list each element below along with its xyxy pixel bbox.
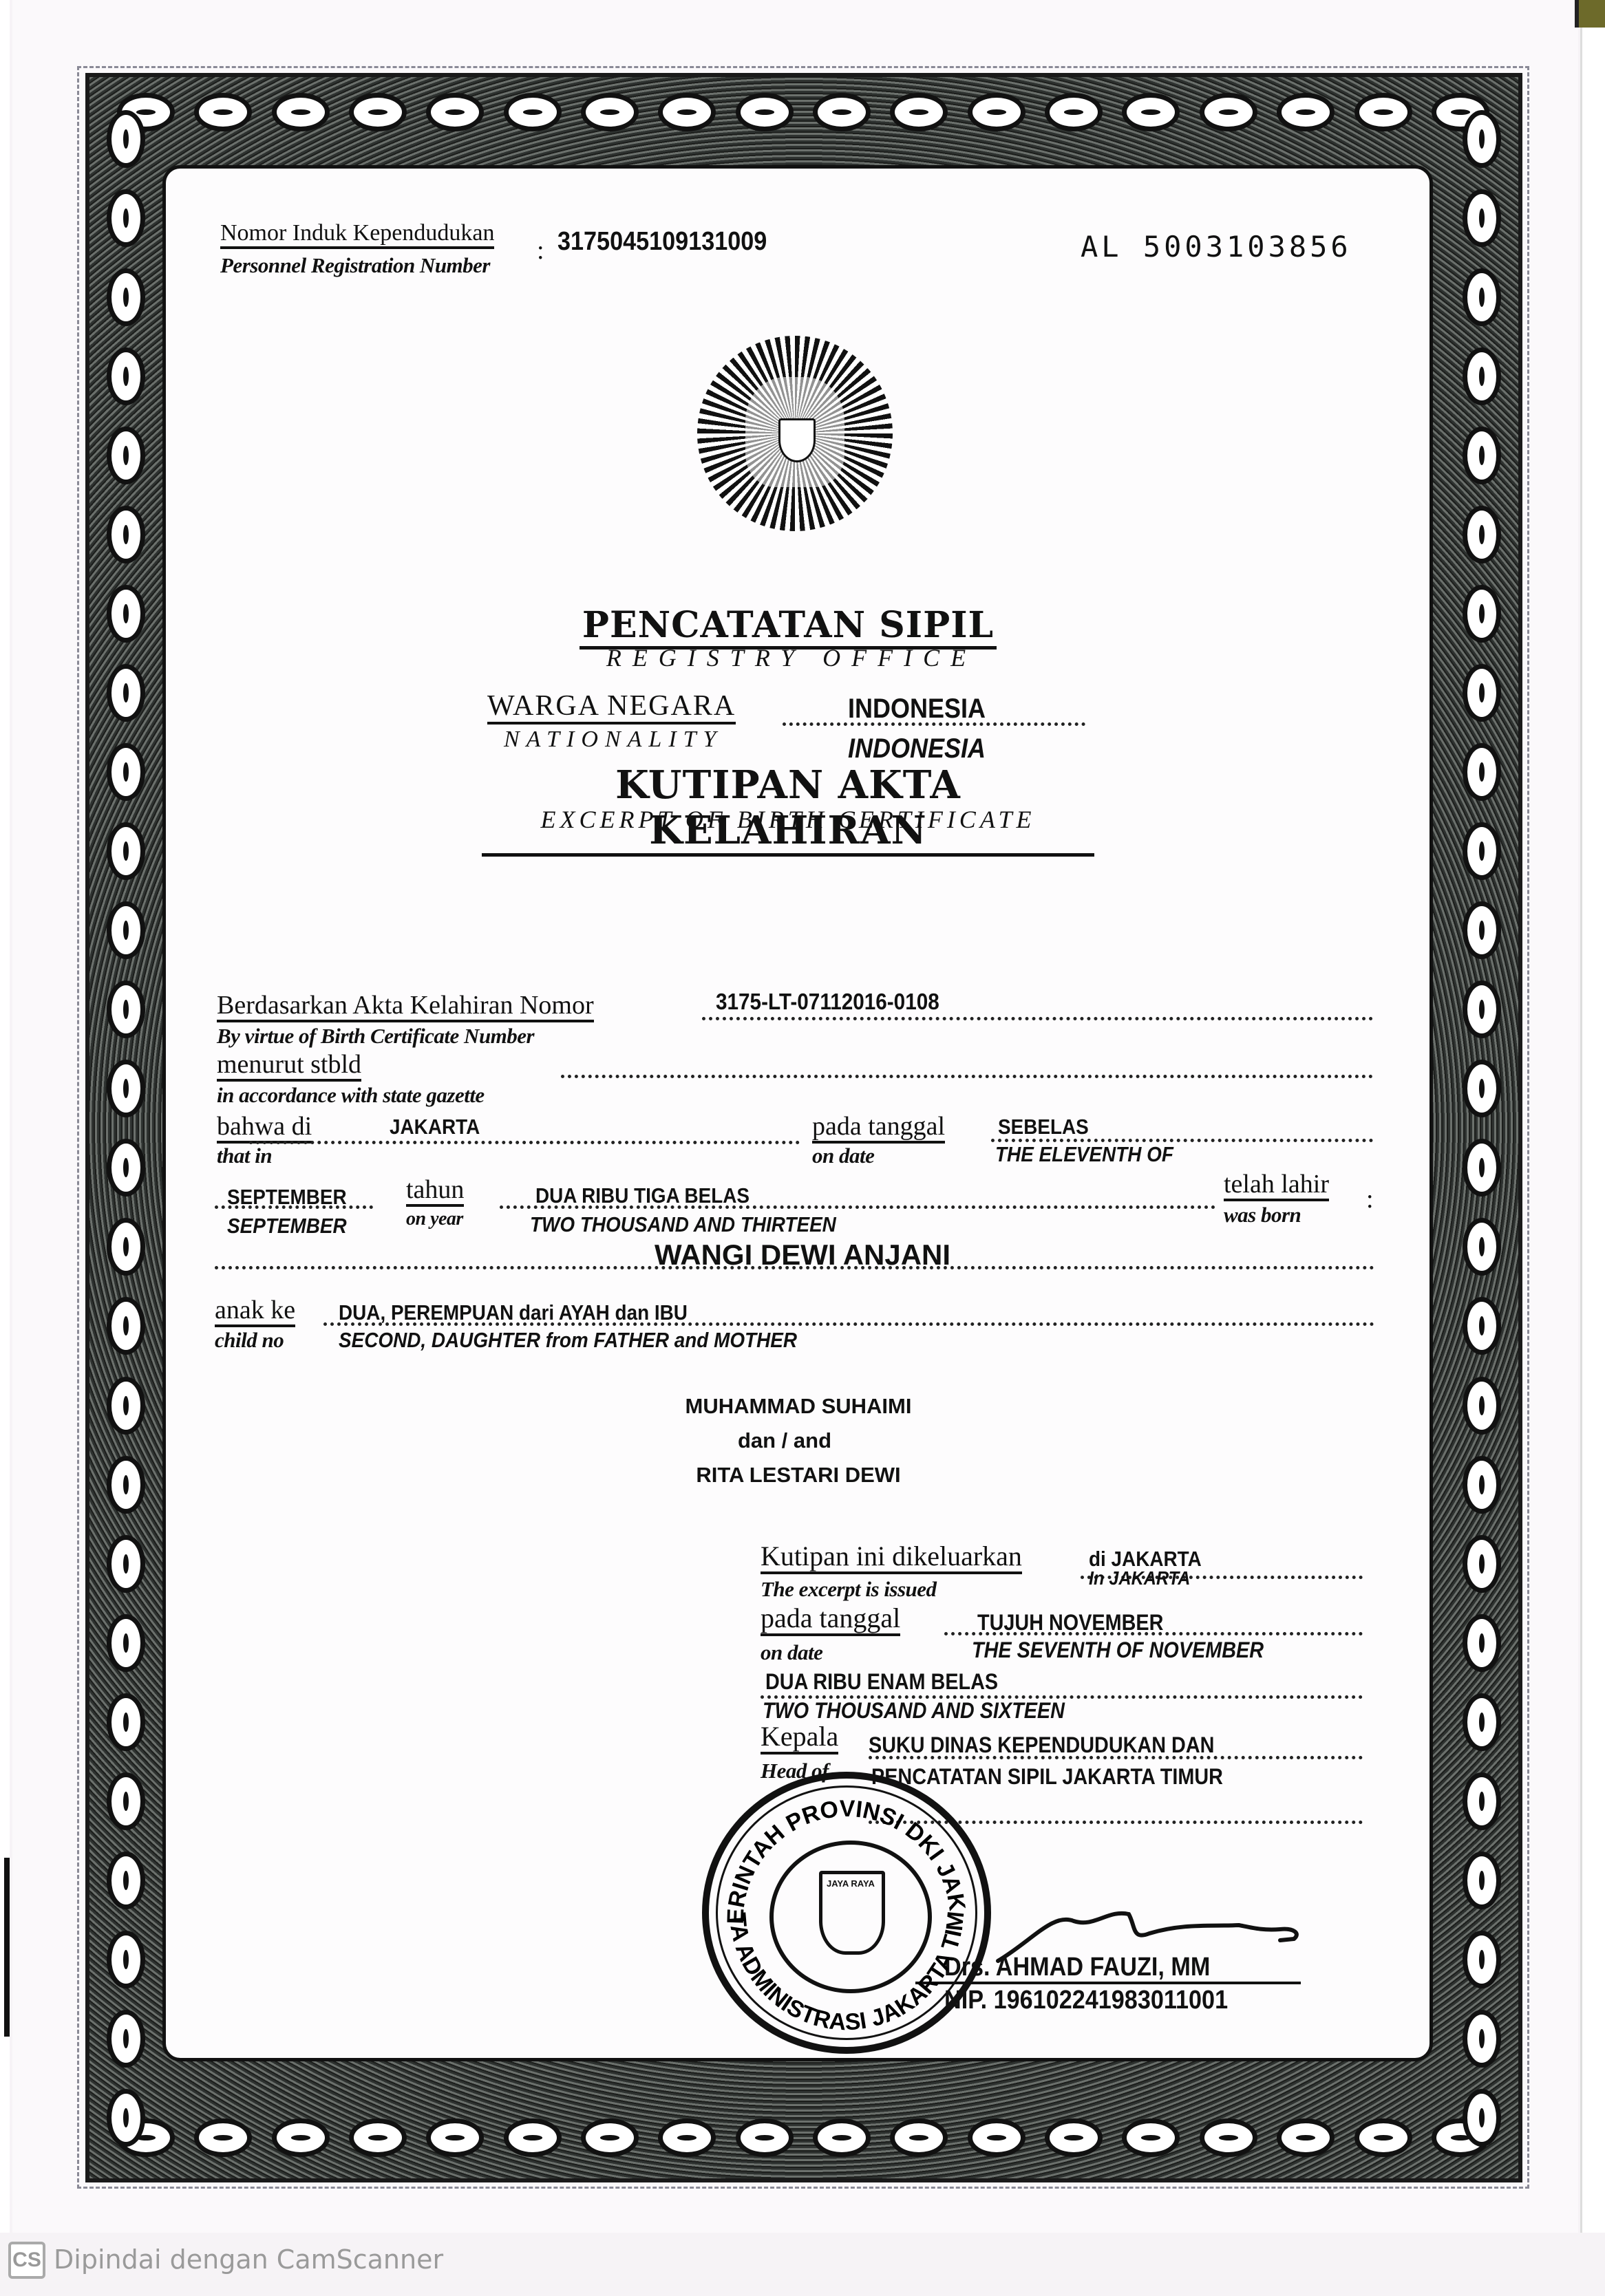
border-ornament-icon — [1463, 822, 1501, 880]
border-ornament-icon — [1463, 901, 1501, 959]
border-ornament-icon — [107, 1060, 145, 1117]
border-ornament-icon — [107, 2010, 145, 2068]
place-value: JAKARTA — [390, 1115, 480, 1139]
year-label-en: on year — [406, 1208, 463, 1230]
official-stamp: PEMERINTAH PROVINSI DKI JAKARTA KOTA ADM… — [702, 1772, 991, 2054]
nik-label-en: Personnel Registration Number — [220, 253, 490, 278]
border-ornament-icon — [107, 110, 145, 168]
border-ornament-icon — [107, 189, 145, 247]
document-title-en: EXCERPT OF BIRTH CERTIFICATE — [482, 805, 1094, 834]
border-ornament-icon — [581, 93, 639, 131]
cert-number-line — [702, 1017, 1373, 1020]
border-ornament-icon — [107, 1535, 145, 1593]
border-ornament-icon — [107, 1297, 145, 1355]
border-ornament-icon — [107, 743, 145, 801]
border-ornament-icon — [107, 347, 145, 405]
nationality-label-en: NATIONALITY — [504, 727, 723, 753]
border-ornament-icon — [504, 93, 562, 131]
head-label: Kepala — [761, 1723, 838, 1755]
border-ornament-icon — [107, 506, 145, 564]
nationality-value: INDONESIA — [848, 694, 986, 725]
border-ornament-icon — [658, 2118, 716, 2157]
cert-number-label-en: By virtue of Birth Certificate Number — [217, 1024, 534, 1049]
border-ornament-icon — [1463, 585, 1501, 643]
child-no-label-en: child no — [215, 1328, 284, 1353]
nik-value: 3175045109131009 — [557, 227, 767, 257]
camscanner-watermark: Dipindai dengan CamScanner — [54, 2244, 443, 2275]
serial-number: AL 5003103856 — [1081, 230, 1352, 264]
month-value: SEPTEMBER — [227, 1185, 347, 1210]
child-no-label: anak ke — [215, 1297, 295, 1327]
border-ornament-icon — [107, 2089, 145, 2147]
cert-number-value: 3175-LT-07112016-0108 — [716, 989, 939, 1015]
border-ornament-icon — [1463, 189, 1501, 247]
month-value-en: SEPTEMBER — [227, 1214, 347, 1238]
border-ornament-icon — [1463, 1297, 1501, 1355]
border-ornament-icon — [1463, 1139, 1501, 1197]
border-ornament-icon — [1463, 1693, 1501, 1751]
cert-number-label: Berdasarkan Akta Kelahiran Nomor — [217, 992, 594, 1022]
border-ornament-icon — [107, 268, 145, 326]
stbld-label: menurut stbld — [217, 1051, 361, 1082]
border-ornament-icon — [272, 93, 330, 131]
born-label: telah lahir — [1224, 1171, 1329, 1201]
place-line — [249, 1141, 800, 1144]
border-ornament-icon — [968, 93, 1025, 131]
border-ornament-icon — [1463, 1614, 1501, 1672]
border-ornament-icon — [107, 1614, 145, 1672]
border-ornament-icon — [504, 2118, 562, 2157]
border-ornament-icon — [736, 2118, 794, 2157]
border-ornament-icon — [107, 1377, 145, 1435]
border-ornament-icon — [1463, 347, 1501, 405]
border-ornament-icon — [107, 980, 145, 1038]
issued-date-label-en: on date — [761, 1640, 822, 1665]
mother-name: RITA LESTARI DEWI — [592, 1463, 1005, 1488]
border-ornament-icon — [1463, 1772, 1501, 1830]
border-ornament-icon — [107, 1931, 145, 1988]
border-ornament-icon — [813, 93, 871, 131]
issued-date-en: THE SEVENTH OF NOVEMBER — [972, 1638, 1264, 1663]
border-ornament-icon — [1463, 427, 1501, 484]
border-ornament-icon — [1463, 268, 1501, 326]
border-ornament-icon — [349, 93, 407, 131]
border-ornament-icon — [107, 664, 145, 722]
border-ornament-icon — [1122, 2118, 1180, 2157]
nationality-label: WARGA NEGARA — [487, 691, 736, 725]
border-chain-top — [117, 81, 1489, 143]
stamp-inner-ring: JAYA RAYA — [769, 1841, 932, 1993]
scan-corner-tab — [1575, 0, 1605, 28]
border-chain-bottom — [117, 2107, 1489, 2169]
border-ornament-icon — [1463, 1456, 1501, 1514]
border-ornament-icon — [968, 2118, 1025, 2157]
border-ornament-icon — [107, 1772, 145, 1830]
shield-label: JAYA RAYA — [827, 1878, 875, 1889]
border-ornament-icon — [1463, 110, 1501, 168]
border-ornament-icon — [107, 1456, 145, 1514]
border-ornament-icon — [107, 901, 145, 959]
scan-edge-mark — [4, 1858, 10, 2037]
office-line-1: SUKU DINAS KEPENDUDUKAN DAN — [869, 1732, 1214, 1758]
year-value: DUA RIBU TIGA BELAS — [535, 1183, 750, 1208]
border-ornament-icon — [1463, 664, 1501, 722]
nationality-value-en: INDONESIA — [848, 733, 986, 764]
born-label-en: was born — [1224, 1203, 1301, 1227]
issued-label-en: The excerpt is issued — [761, 1577, 937, 1602]
stbld-label-en: in accordance with state gazette — [217, 1083, 485, 1108]
border-ornament-icon — [107, 585, 145, 643]
border-ornament-icon — [1277, 2118, 1335, 2157]
border-ornament-icon — [1463, 2089, 1501, 2147]
border-ornament-icon — [194, 93, 252, 131]
garuda-emblem-icon — [697, 336, 893, 531]
date-value-en: THE ELEVENTH OF — [995, 1142, 1173, 1167]
border-ornament-icon — [1463, 743, 1501, 801]
garuda-shield-icon — [778, 418, 816, 462]
border-ornament-icon — [107, 427, 145, 484]
date-value: SEBELAS — [998, 1115, 1089, 1139]
border-ornament-icon — [1463, 1535, 1501, 1593]
border-chain-left — [95, 110, 157, 2147]
year-label: tahun — [406, 1177, 464, 1207]
border-ornament-icon — [272, 2118, 330, 2157]
issued-label: Kutipan ini dikeluarkan — [761, 1543, 1022, 1574]
date-label-en: on date — [812, 1144, 874, 1168]
nik-separator: : — [537, 237, 544, 264]
border-ornament-icon — [1200, 2118, 1257, 2157]
border-chain-right — [1451, 110, 1513, 2147]
office-title-en: REGISTRY OFFICE — [551, 643, 1032, 672]
issued-date-label: pada tanggal — [761, 1605, 900, 1636]
jakarta-shield-icon: JAYA RAYA — [819, 1871, 885, 1955]
border-ornament-icon — [1463, 2010, 1501, 2068]
border-ornament-icon — [107, 822, 145, 880]
nik-label: Nomor Induk Kependudukan — [220, 222, 494, 249]
issued-year: DUA RIBU ENAM BELAS — [765, 1669, 998, 1695]
border-ornament-icon — [426, 93, 484, 131]
and-label: dan / and — [592, 1428, 977, 1453]
border-ornament-icon — [1463, 980, 1501, 1038]
border-ornament-icon — [813, 2118, 871, 2157]
issued-year-en: TWO THOUSAND AND SIXTEEN — [763, 1698, 1065, 1724]
border-ornament-icon — [1045, 2118, 1103, 2157]
border-ornament-icon — [107, 1852, 145, 1909]
border-ornament-icon — [1463, 506, 1501, 564]
border-ornament-icon — [1463, 1931, 1501, 1988]
border-ornament-icon — [658, 93, 716, 131]
border-ornament-icon — [1122, 93, 1180, 131]
place-label-en: that in — [217, 1144, 272, 1168]
border-ornament-icon — [349, 2118, 407, 2157]
border-ornament-icon — [736, 93, 794, 131]
camscanner-logo-icon: CS — [8, 2242, 45, 2279]
child-no-value: DUA, PEREMPUAN dari AYAH dan IBU — [339, 1300, 688, 1325]
office-line-1-rule — [869, 1756, 1363, 1759]
border-ornament-icon — [194, 2118, 252, 2157]
father-name: MUHAMMAD SUHAIMI — [592, 1394, 1005, 1419]
border-ornament-icon — [1354, 2118, 1412, 2157]
border-ornament-icon — [1045, 93, 1103, 131]
scan-right-strip — [1580, 0, 1605, 2233]
date-label: pada tanggal — [812, 1113, 945, 1144]
border-ornament-icon — [1200, 93, 1257, 131]
border-ornament-icon — [1277, 93, 1335, 131]
border-ornament-icon — [581, 2118, 639, 2157]
place-label: bahwa di — [217, 1113, 312, 1144]
issued-date: TUJUH NOVEMBER — [977, 1610, 1163, 1635]
border-ornament-icon — [890, 2118, 948, 2157]
issued-place-en: In JAKARTA — [1089, 1567, 1190, 1589]
border-ornament-icon — [1463, 1852, 1501, 1909]
child-name: WANGI DEWI ANJANI — [0, 1238, 1605, 1272]
border-ornament-icon — [107, 1139, 145, 1197]
border-ornament-icon — [1463, 1377, 1501, 1435]
border-ornament-icon — [890, 93, 948, 131]
border-ornament-icon — [107, 1693, 145, 1751]
year-value-en: TWO THOUSAND AND THIRTEEN — [530, 1212, 836, 1237]
border-ornament-icon — [426, 2118, 484, 2157]
stbld-line — [561, 1075, 1373, 1078]
border-ornament-icon — [1463, 1060, 1501, 1117]
born-colon: : — [1366, 1186, 1374, 1212]
child-no-value-en: SECOND, DAUGHTER from FATHER and MOTHER — [339, 1328, 797, 1353]
border-ornament-icon — [1354, 93, 1412, 131]
